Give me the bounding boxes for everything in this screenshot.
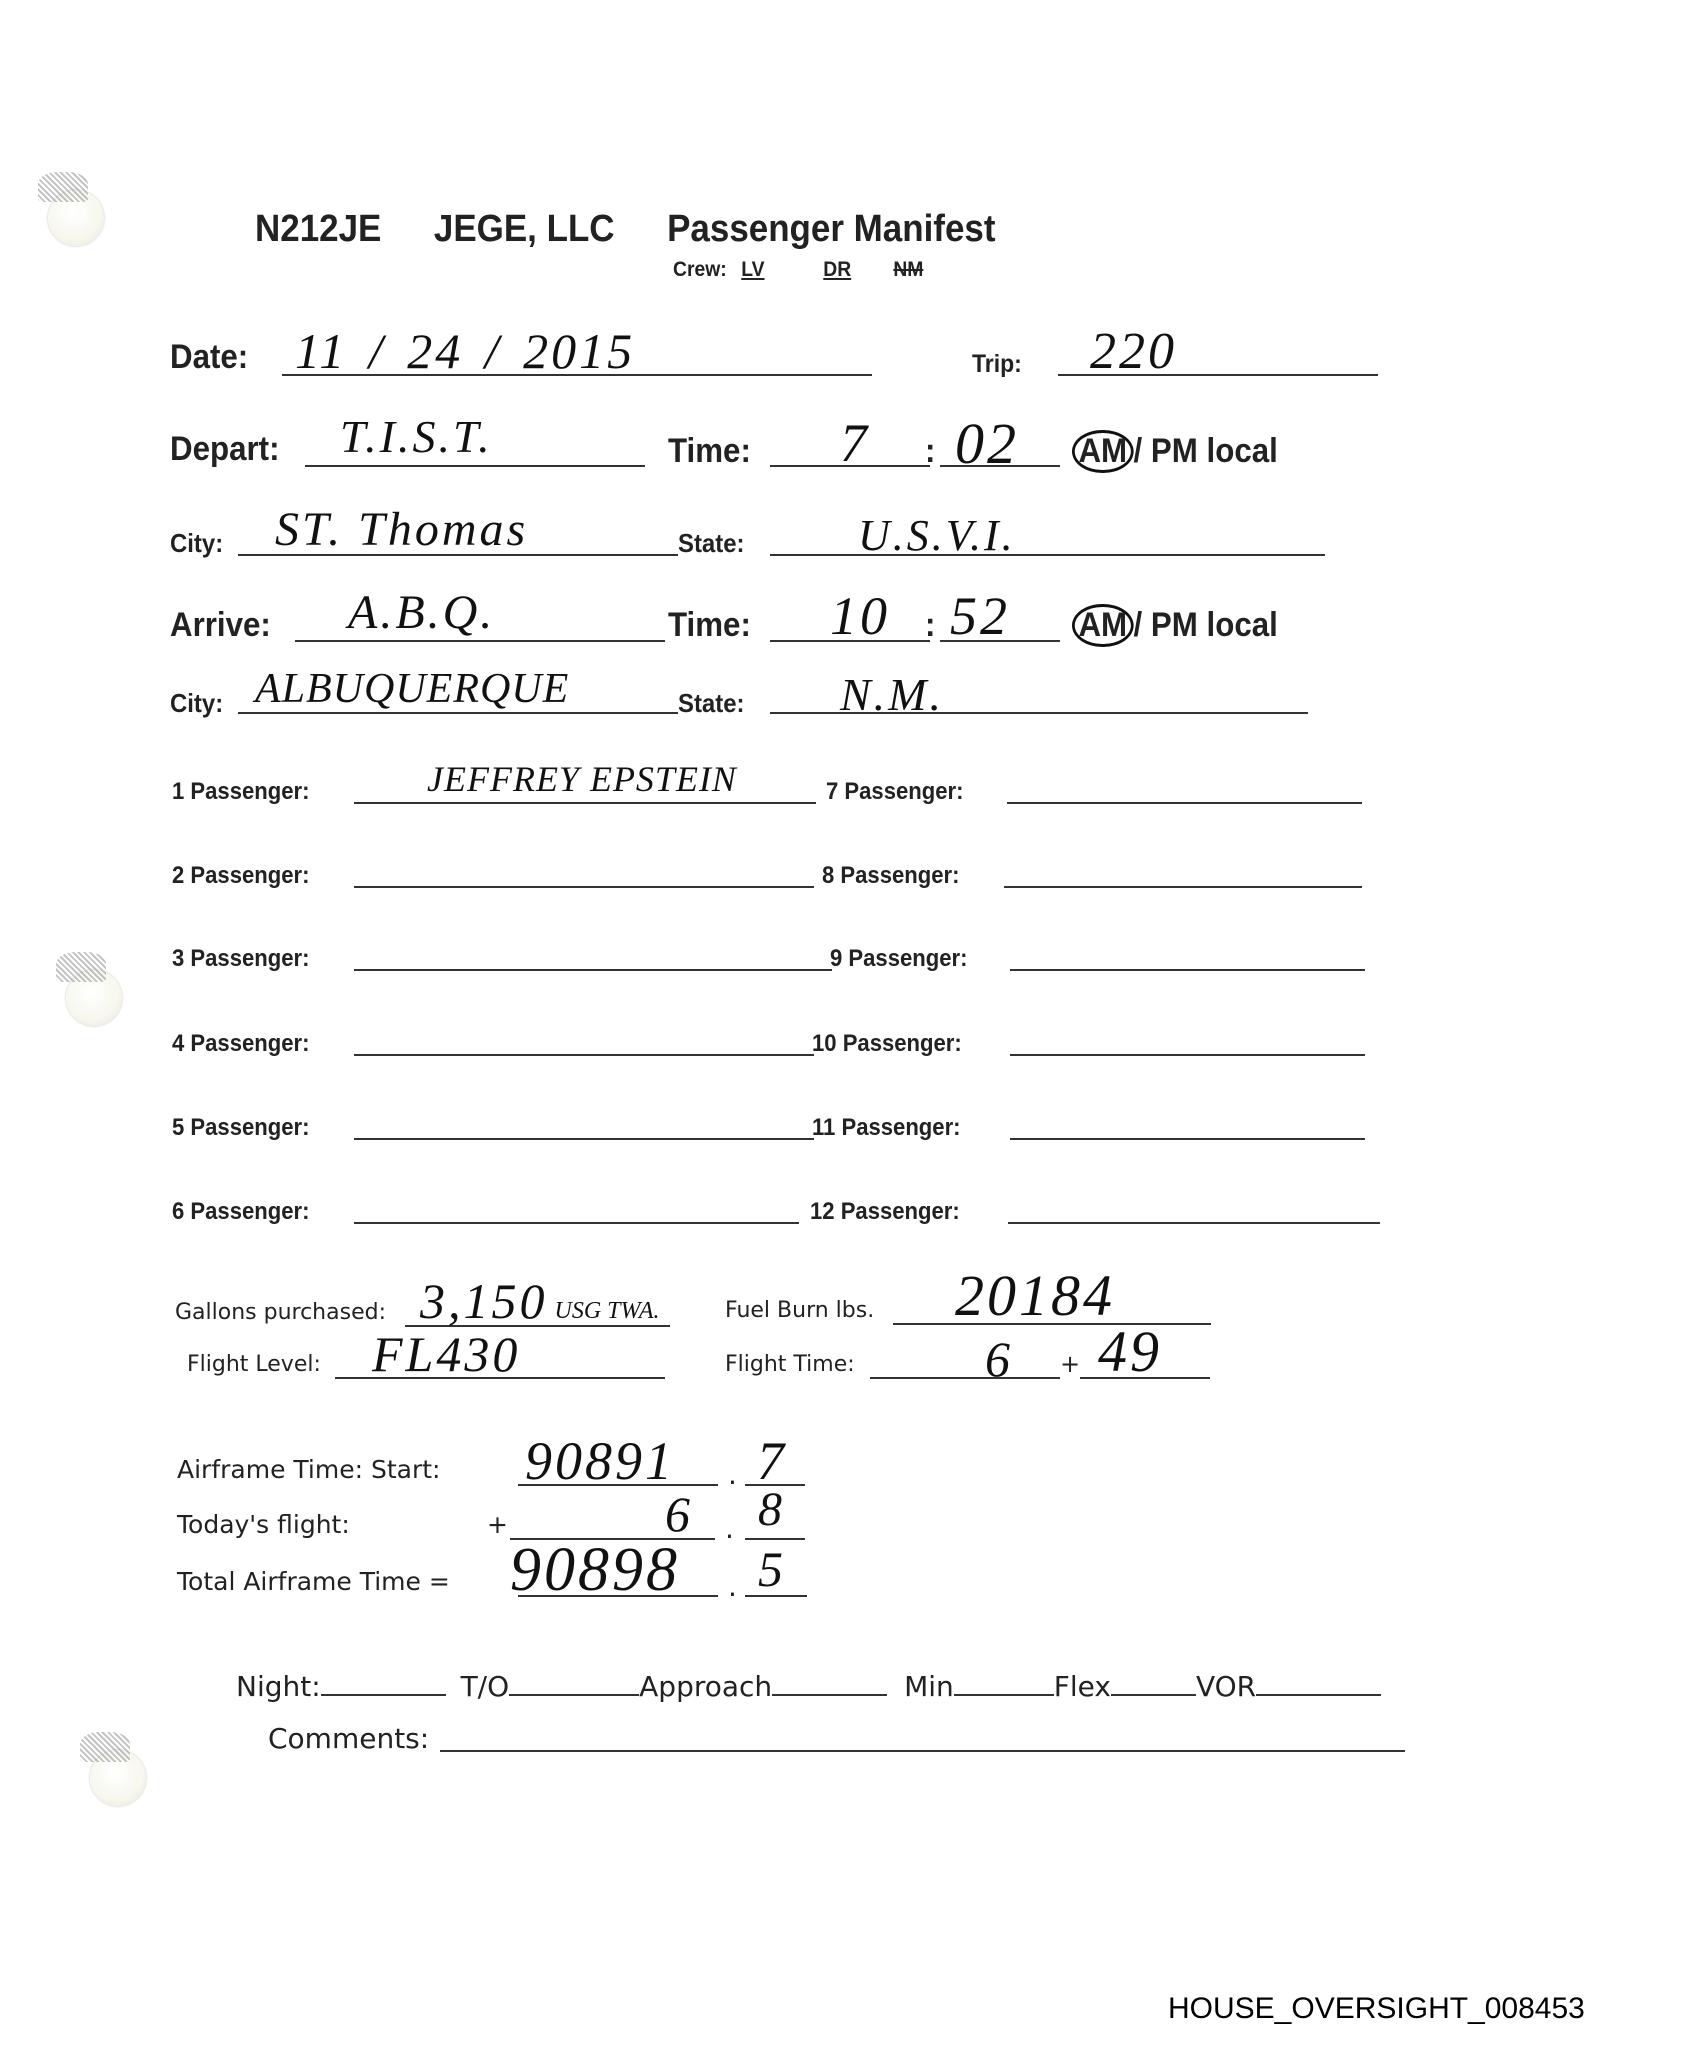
passenger-line (354, 969, 832, 971)
crew-row: Crew: LV DR NM (673, 258, 923, 282)
passenger-label: 8 Passenger: (822, 862, 959, 890)
arrive-time-label: Time: (668, 606, 751, 645)
passenger-name: JEFFREY EPSTEIN (427, 758, 737, 800)
total-airframe-label: Total Airframe Time = (177, 1567, 450, 1596)
passenger-line (1010, 1138, 1365, 1140)
night-field (321, 1694, 446, 1696)
passenger-label: 7 Passenger: (826, 778, 963, 806)
gallons-label: Gallons purchased: (175, 1300, 386, 1325)
passenger-line (1008, 1222, 1380, 1224)
bates-number: HOUSE_OVERSIGHT_008453 (1168, 1992, 1585, 2026)
depart-minute: 02 (955, 410, 1019, 477)
passenger-label: 3 Passenger: (172, 945, 309, 973)
page-title: Passenger Manifest (667, 208, 995, 250)
depart-time-label: Time: (668, 432, 751, 471)
depart-city-label: City: (170, 528, 223, 559)
arrive-ampm: AM/ PM local (1072, 604, 1278, 647)
arrive-state-label: State: (678, 688, 744, 719)
night-label: Night: (236, 1670, 321, 1703)
trip-value: 220 (1090, 322, 1177, 381)
crew-label: Crew: (673, 258, 727, 281)
passenger-label: 1 Passenger: (172, 778, 309, 806)
flight-time-label: Flight Time: (725, 1352, 855, 1377)
airframe-start-whole: 90891 (525, 1430, 675, 1492)
passenger-label: 6 Passenger: (172, 1198, 309, 1226)
total-airframe-whole: 90898 (510, 1535, 680, 1606)
airframe-start-label: Airframe Time: Start: (177, 1455, 440, 1484)
depart-airport: T.I.S.T. (340, 410, 493, 463)
trip-label: Trip: (972, 350, 1022, 379)
crew-member: LV (741, 258, 764, 281)
passenger-line (1004, 886, 1362, 888)
hole-punch-middle (66, 970, 122, 1026)
arrive-line (295, 640, 665, 642)
flight-level-value: FL430 (372, 1325, 520, 1383)
date-day: 24 (407, 323, 463, 379)
date-value: 11 / 24 / 2015 (295, 322, 635, 380)
depart-state: U.S.V.I. (858, 510, 1016, 561)
hole-punch-bottom (90, 1750, 146, 1806)
vor-field (1256, 1694, 1381, 1696)
passenger-line (354, 1222, 799, 1224)
todays-flight-tenth: 8 (758, 1482, 785, 1537)
passenger-line (354, 1054, 814, 1056)
tail-number: N212JE (255, 208, 381, 250)
am-circled: AM (1072, 604, 1134, 647)
approach-field (772, 1694, 887, 1696)
arrive-state: N.M. (840, 668, 944, 721)
min-field (954, 1694, 1054, 1696)
passenger-label: 2 Passenger: (172, 862, 309, 890)
date-year: 2015 (523, 323, 635, 379)
depart-hour: 7 (840, 412, 870, 474)
flex-field (1111, 1694, 1196, 1696)
flight-time-minutes: 49 (1098, 1318, 1162, 1385)
arrive-city: ALBUQUERQUE (255, 665, 569, 713)
passenger-label: 5 Passenger: (172, 1114, 309, 1142)
passenger-line (1007, 802, 1362, 804)
depart-city: ST. Thomas (275, 502, 528, 557)
manifest-header: N212JE JEGE, LLC Passenger Manifest (255, 208, 995, 251)
min-label: Min (904, 1670, 954, 1703)
passenger-line (354, 1138, 814, 1140)
depart-label: Depart: (170, 430, 280, 469)
comments-line (440, 1750, 1405, 1752)
flight-level-label: Flight Level: (187, 1352, 321, 1377)
date-month: 11 (295, 323, 347, 379)
arrive-label: Arrive: (170, 606, 271, 645)
hole-punch-top (48, 190, 104, 246)
vor-label: VOR (1196, 1670, 1256, 1703)
passenger-label: 11 Passenger: (812, 1114, 961, 1142)
logbook-row: Night: T/OApproach MinFlexVOR (236, 1670, 1381, 1703)
depart-state-label: State: (678, 528, 744, 559)
gallons-value: 3,150 USG TWA. (420, 1272, 660, 1330)
comments-label: Comments: (268, 1722, 429, 1755)
total-airframe-tenth: 5 (758, 1540, 786, 1598)
passenger-line (354, 802, 816, 804)
fuel-burn-label: Fuel Burn lbs. (725, 1298, 874, 1323)
passenger-label: 4 Passenger: (172, 1030, 309, 1058)
passenger-line (1010, 1054, 1365, 1056)
arrive-city-label: City: (170, 688, 223, 719)
fuel-burn-value: 20184 (955, 1262, 1115, 1329)
company-name: JEGE, LLC (434, 208, 615, 250)
arrive-hour: 10 (830, 585, 890, 647)
flight-time-hours: 6 (985, 1330, 1013, 1388)
arrive-airport: A.B.Q. (348, 585, 495, 640)
flex-label: Flex (1054, 1670, 1111, 1703)
depart-line (305, 465, 645, 467)
passenger-line (354, 886, 814, 888)
approach-label: Approach (639, 1670, 772, 1703)
passenger-label: 10 Passenger: (812, 1030, 962, 1058)
crew-member-struck: NM (893, 258, 923, 281)
arrive-minute: 52 (950, 585, 1010, 647)
am-circled: AM (1072, 430, 1134, 473)
passenger-label: 9 Passenger: (830, 945, 967, 973)
crew-member: DR (823, 258, 851, 281)
depart-ampm: AM/ PM local (1072, 430, 1278, 473)
passenger-line (1010, 969, 1365, 971)
flight-time-hours-line (870, 1377, 1060, 1379)
takeoff-field (509, 1694, 639, 1696)
date-label: Date: (170, 338, 248, 377)
passenger-label: 12 Passenger: (810, 1198, 960, 1226)
depart-state-line (770, 554, 1325, 556)
takeoff-label: T/O (461, 1670, 510, 1703)
todays-flight-label: Today's flight: (177, 1510, 350, 1539)
